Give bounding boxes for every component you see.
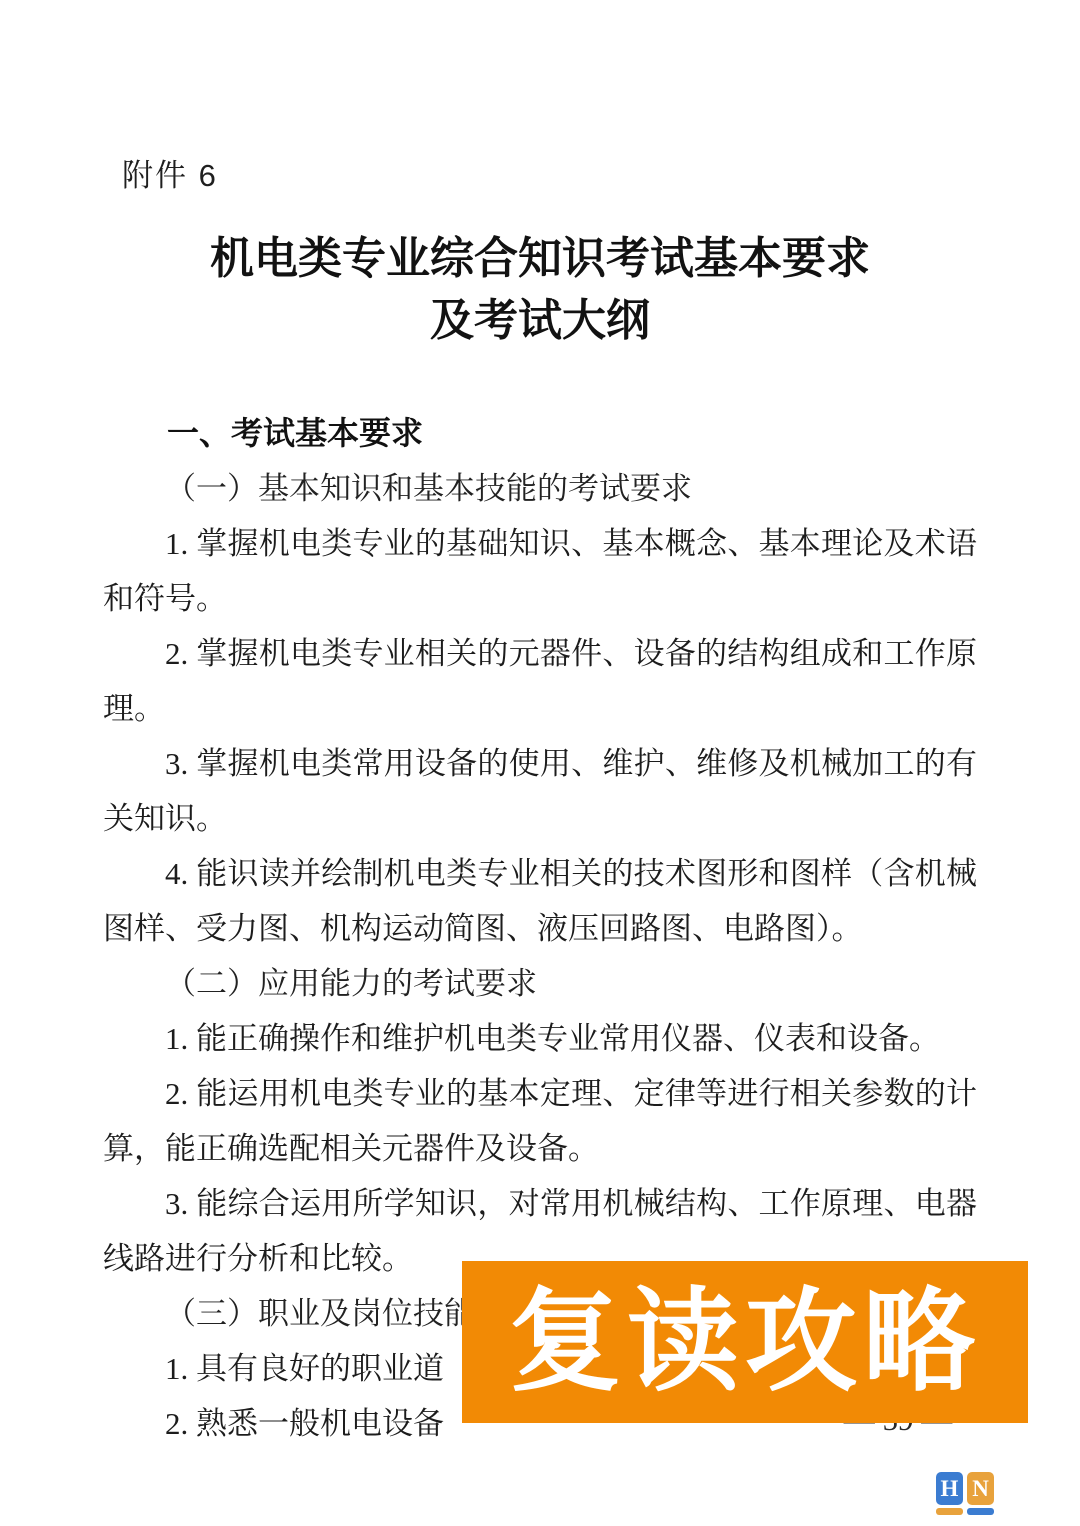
document-title-line1: 机电类专业综合知识考试基本要求 [0,228,1080,290]
document-page: 附件 6 机电类专业综合知识考试基本要求 及考试大纲 一、考试基本要求 （一）基… [0,0,1080,1526]
sub-heading: （二）应用能力的考试要求 [103,956,977,1011]
promo-banner-text: 复读攻略 [509,1286,981,1398]
attachment-label: 附件 6 [122,150,218,195]
doc-paragraph: 1. 掌握机电类专业的基础知识、基本概念、基本理论及术语和符号。 [103,516,977,626]
logo-letter-h: H [936,1472,963,1505]
sub-heading: （一）基本知识和基本技能的考试要求 [103,461,977,516]
section-heading: 一、考试基本要求 [103,406,977,461]
doc-paragraph: 3. 掌握机电类常用设备的使用、维护、维修及机械加工的有关知识。 [103,736,977,846]
logo-bar-blue [967,1508,994,1515]
doc-paragraph: 4. 能识读并绘制机电类专业相关的技术图形和图样（含机械图样、受力图、机构运动简… [103,846,977,956]
hn-book-logo-icon: H N [936,1472,996,1520]
doc-paragraph: 2. 掌握机电类专业相关的元器件、设备的结构组成和工作原理。 [103,626,977,736]
logo-bar-gold [936,1508,963,1515]
doc-paragraph: 1. 能正确操作和维护机电类专业常用仪器、仪表和设备。 [103,1011,977,1066]
promo-overlay-banner: 复读攻略 [462,1261,1028,1423]
logo-letter-n: N [967,1472,994,1505]
doc-paragraph: 2. 能运用机电类专业的基本定理、定律等进行相关参数的计算，能正确选配相关元器件… [103,1066,977,1176]
document-title: 机电类专业综合知识考试基本要求 及考试大纲 [0,228,1080,352]
document-title-line2: 及考试大纲 [0,290,1080,352]
